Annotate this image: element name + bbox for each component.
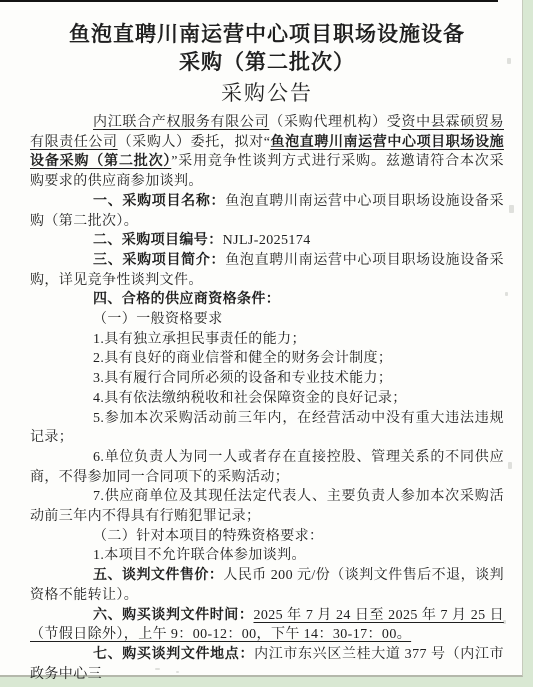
text-segment: 五、谈判文件售价： (93, 568, 223, 583)
text-segment: 四、合格的供应商资格条件： (93, 292, 280, 307)
text-segment: （采购代理机构）受 (269, 115, 401, 130)
paragraph: 七、购买谈判文件地点：内江市东兴区兰桂大道 377 号（内江市政务中心三 (30, 645, 504, 684)
text-segment: 5.参加本次采购活动前三年内，在经营活动中没有重大违法违规记录； (30, 411, 504, 446)
scan-artifact (507, 58, 511, 64)
text-segment: NJLJ-2025174 (223, 233, 311, 248)
paragraph: 二、采购项目编号：NJLJ-2025174 (30, 231, 504, 251)
page-title: 鱼泡直聘川南运营中心项目职场设施设备 采购（第二批次） (30, 20, 504, 76)
text-segment: 一、采购项目名称： (93, 194, 225, 209)
scan-artifact (176, 671, 179, 673)
paragraph: 1.具有独立承担民事责任的能力； (30, 330, 504, 350)
text-segment: 2.具有良好的商业信誉和健全的财务会计制度； (93, 351, 392, 366)
paragraph: 4.具有依法缴纳税收和社会保障资金的良好记录； (30, 389, 504, 409)
page-title-line2: 采购（第二批次） (30, 48, 504, 76)
paragraph: 2.具有良好的商业信誉和健全的财务会计制度； (30, 349, 504, 369)
page-subtitle: 采购公告 (30, 79, 504, 107)
paragraph: 六、购买谈判文件时间：2025 年 7 月 24 日至 2025 年 7 月 2… (30, 606, 504, 645)
paragraph: 三、采购项目简介：鱼泡直聘川南运营中心项目职场设施设备采购，详见竞争性谈判文件。 (30, 251, 504, 290)
paragraph: 7.供应商单位及其现任法定代表人、主要负责人参加本次采购活动前三年内不得具有行贿… (30, 487, 504, 526)
paragraph: 3.具有履行合同所必须的设备和专业技术能力； (30, 369, 504, 389)
scan-artifact (503, 620, 506, 624)
scan-artifact (505, 292, 508, 296)
text-segment: 1.具有独立承担民事责任的能力； (93, 332, 306, 347)
text-segment: 1.本项目不允许联合体参加谈判。 (93, 548, 306, 563)
paragraph: （二）针对本项目的特殊资格要求： (30, 527, 504, 547)
text-segment: 6.单位负责人为同一人或者存在直接控股、管理关系的不同供应商，不得参加同一合同项… (30, 450, 504, 485)
scan-artifact (155, 668, 160, 670)
paragraph: 内江联合产权服务有限公司（采购代理机构）受资中县霖硕贸易有限责任公司（采购人）委… (30, 113, 504, 192)
page-title-line1: 鱼泡直聘川南运营中心项目职场设施设备 (30, 20, 504, 48)
scan-artifact (508, 462, 512, 469)
paragraph: 一、采购项目名称：鱼泡直聘川南运营中心项目职场设施设备采购（第二批次）。 (30, 192, 504, 231)
document-body: 内江联合产权服务有限公司（采购代理机构）受资中县霖硕贸易有限责任公司（采购人）委… (30, 113, 504, 684)
document-page: 鱼泡直聘川南运营中心项目职场设施设备 采购（第二批次） 采购公告 内江联合产权服… (0, 0, 523, 677)
paragraph: 五、谈判文件售价：人民币 200 元/份（谈判文件售后不退，谈判资格不能转让）。 (30, 566, 504, 605)
scan-artifact (509, 205, 514, 213)
text-segment: （一）一般资格要求 (93, 312, 223, 327)
text-segment: 六、购买谈判文件时间： (93, 608, 253, 623)
text-segment: （二）针对本项目的特殊资格要求： (93, 529, 323, 544)
document-content: 鱼泡直聘川南运营中心项目职场设施设备 采购（第二批次） 采购公告 内江联合产权服… (0, 0, 522, 684)
text-segment: 4.具有依法缴纳税收和社会保障资金的良好记录； (93, 391, 407, 406)
text-segment: 二、采购项目编号： (93, 233, 223, 248)
text-segment: （采购人）委托，拟对“ (118, 135, 271, 150)
paragraph: 四、合格的供应商资格条件： (30, 290, 504, 310)
text-segment: 内江联合产权服务有限公司 (93, 115, 269, 130)
text-segment: 7.供应商单位及其现任法定代表人、主要负责人参加本次采购活动前三年内不得具有行贿… (30, 489, 504, 524)
text-segment: 三、采购项目简介： (93, 253, 225, 268)
paragraph: 6.单位负责人为同一人或者存在直接控股、管理关系的不同供应商，不得参加同一合同项… (30, 448, 504, 487)
text-segment: 七、购买谈判文件地点： (93, 647, 254, 662)
text-segment: 3.具有履行合同所必须的设备和专业技术能力； (93, 371, 392, 386)
paragraph: 5.参加本次采购活动前三年内，在经营活动中没有重大违法违规记录； (30, 409, 504, 448)
paragraph: 1.本项目不允许联合体参加谈判。 (30, 546, 504, 566)
paragraph: （一）一般资格要求 (30, 310, 504, 330)
